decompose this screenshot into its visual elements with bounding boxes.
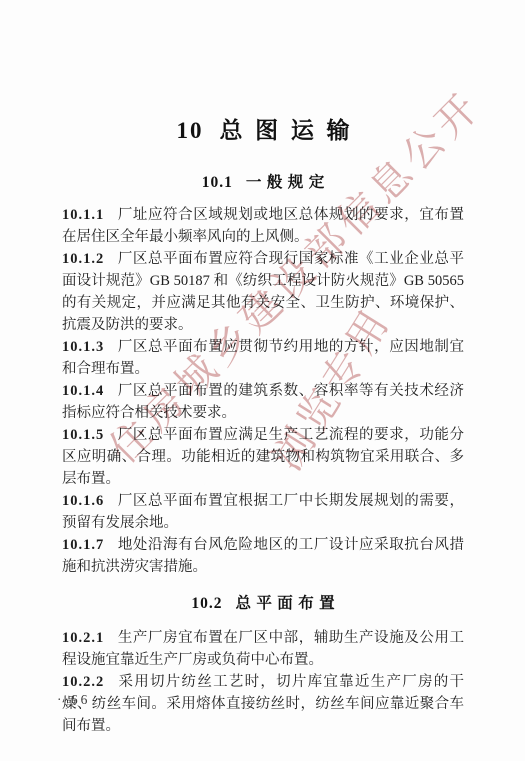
clause-text: 采用切片纺丝工艺时，切片库宜靠近生产厂房的干燥、纺丝车间。采用熔体直接纺丝时，纺…: [62, 674, 464, 734]
clause-text: 厂区总平面布置应贯彻节约用地的方针，应因地制宜和合理布置。: [62, 339, 464, 377]
section-number: 10.2: [191, 595, 222, 612]
clause-number: 10.1.1: [62, 207, 104, 223]
clause-text: 地处沿海有台风危险地区的工厂设计应采取抗台风措施和抗洪涝灾害措施。: [62, 537, 464, 575]
clause-10-1-3: 10.1.3厂区总平面布置应贯彻节约用地的方针，应因地制宜和合理布置。: [62, 336, 464, 380]
section-title: 总平面布置: [235, 595, 340, 612]
clause-text: 厂区总平面布置应符合现行国家标准《工业企业总平面设计规范》GB 50187 和《…: [62, 251, 464, 333]
page-number: · 66 ·: [57, 692, 104, 708]
chapter-title: 10总图运输: [62, 0, 464, 146]
clause-10-1-7: 10.1.7地处沿海有台风危险地区的工厂设计应采取抗台风措施和抗洪涝灾害措施。: [62, 534, 464, 578]
clause-number: 10.2.2: [62, 674, 104, 690]
clause-number: 10.1.6: [62, 493, 104, 509]
clause-number: 10.2.1: [62, 630, 104, 646]
clause-10-1-5: 10.1.5厂区总平面布置应满足生产工艺流程的要求，功能分区应明确、合理。功能相…: [62, 424, 464, 490]
clause-10-1-4: 10.1.4厂区总平面布置的建筑系数、容积率等有关技术经济指标应符合相关技术要求…: [62, 380, 464, 424]
chapter-name: 总图运输: [220, 118, 363, 143]
document-page: 10总图运输 10.1一般规定 10.1.1厂址应符合区域规划或地区总体规划的要…: [0, 0, 525, 761]
section-title: 一般规定: [246, 174, 330, 191]
clause-text: 厂址应符合区域规划或地区总体规划的要求，宜布置在居住区全年最小频率风向的上风侧。: [62, 207, 464, 245]
clause-number: 10.1.4: [62, 383, 104, 399]
clause-text: 厂区总平面布置宜根据工厂中长期发展规划的需要，预留有发展余地。: [62, 493, 464, 531]
clause-10-1-1: 10.1.1厂址应符合区域规划或地区总体规划的要求，宜布置在居住区全年最小频率风…: [62, 204, 464, 248]
clause-text: 厂区总平面布置的建筑系数、容积率等有关技术经济指标应符合相关技术要求。: [62, 383, 464, 421]
page-content: 10总图运输 10.1一般规定 10.1.1厂址应符合区域规划或地区总体规划的要…: [62, 0, 464, 737]
section-heading-10-2: 10.2总平面布置: [62, 594, 464, 614]
clause-number: 10.1.7: [62, 537, 104, 553]
clause-10-2-1: 10.2.1生产厂房宜布置在厂区中部，辅助生产设施及公用工程设施宜靠近生产厂房或…: [62, 627, 464, 671]
clause-number: 10.1.3: [62, 339, 104, 355]
clause-text: 厂区总平面布置应满足生产工艺流程的要求，功能分区应明确、合理。功能相近的建筑物和…: [62, 427, 464, 487]
clause-10-1-2: 10.1.2厂区总平面布置应符合现行国家标准《工业企业总平面设计规范》GB 50…: [62, 248, 464, 336]
clause-number: 10.1.5: [62, 427, 104, 443]
clause-number: 10.1.2: [62, 251, 104, 267]
clause-10-1-6: 10.1.6厂区总平面布置宜根据工厂中长期发展规划的需要，预留有发展余地。: [62, 490, 464, 534]
clause-10-2-2: 10.2.2采用切片纺丝工艺时，切片库宜靠近生产厂房的干燥、纺丝车间。采用熔体直…: [62, 671, 464, 737]
section-number: 10.1: [202, 174, 233, 191]
section-heading-10-1: 10.1一般规定: [62, 173, 464, 193]
chapter-number: 10: [177, 118, 204, 143]
clause-text: 生产厂房宜布置在厂区中部，辅助生产设施及公用工程设施宜靠近生产厂房或负荷中心布置…: [62, 630, 464, 668]
